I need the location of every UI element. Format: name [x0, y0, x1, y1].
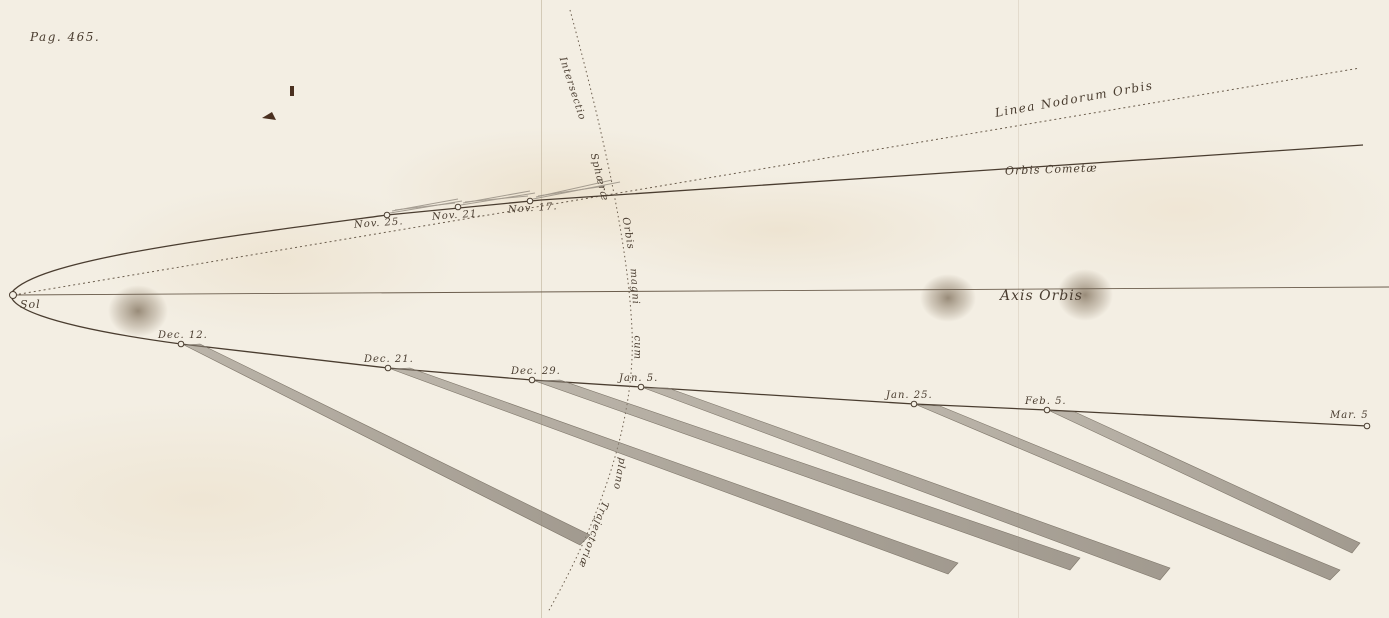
- position-label-jan-5: Jan. 5.: [619, 373, 658, 384]
- page-reference: Pag. 465.: [30, 30, 100, 44]
- position-label-jan-25: Jan. 25.: [886, 390, 933, 401]
- stain: [920, 274, 976, 322]
- sun-label: Sol: [20, 298, 41, 311]
- position-label-dec-21: Dec. 21.: [364, 354, 414, 365]
- axis-label: Axis Orbis: [1000, 288, 1083, 304]
- intersection-label-word: cum: [632, 336, 643, 361]
- tail-feb-5: [1050, 411, 1360, 553]
- position-label-mar-5: Mar. 5: [1330, 410, 1369, 421]
- ink-blot: [262, 112, 276, 120]
- comet-tails: [184, 344, 1360, 580]
- position-markers: [10, 198, 1370, 429]
- engraved-plate: Pag. 465. Sol Nov. 25. Nov. 21. Nov. 17.…: [0, 0, 1389, 618]
- position-label-feb-5: Feb. 5.: [1025, 396, 1067, 407]
- position-label-dec-29: Dec. 29.: [511, 366, 561, 377]
- comet-orbit-diagram: [0, 0, 1389, 618]
- line-of-nodes: [14, 68, 1360, 295]
- axis-line: [14, 287, 1389, 295]
- sun-marker: [10, 292, 17, 299]
- ink-blot: [290, 86, 294, 96]
- position-label-dec-12: Dec. 12.: [158, 330, 208, 341]
- comet-orbit: [11, 145, 1367, 426]
